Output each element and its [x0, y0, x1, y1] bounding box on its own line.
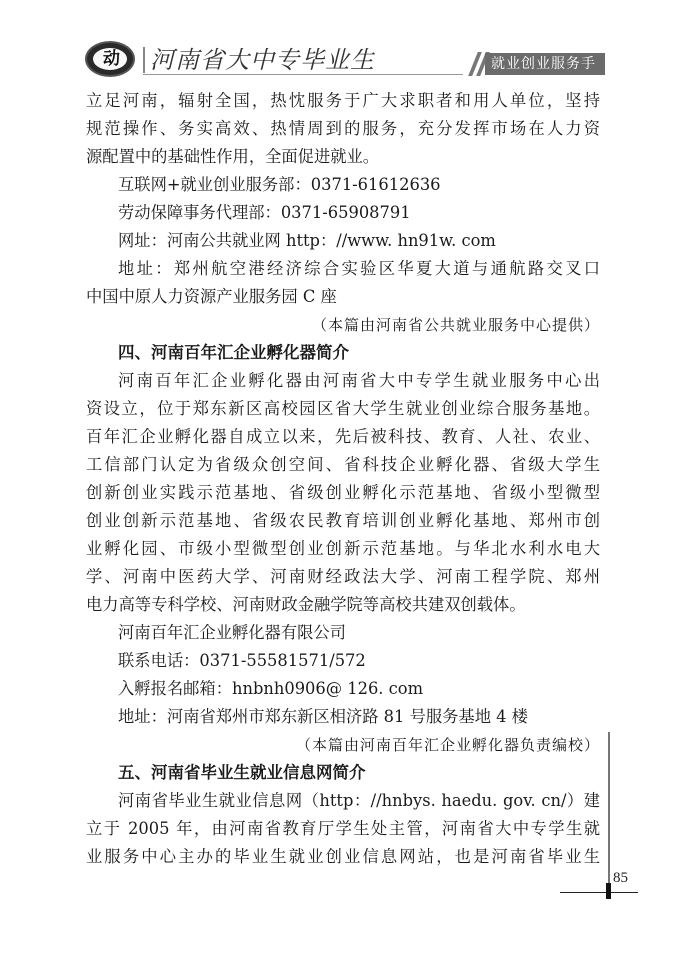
text-line: 联系电话：0371-55581571/572 — [86, 647, 600, 675]
text-line: 创业创新示范基地、省级农民教育培训创业孵化基地、郑州市创 — [86, 507, 600, 535]
logo-glyph: 动 — [103, 50, 120, 68]
text-line: 学、河南中医药大学、河南财经政法大学、河南工程学院、郑州 — [86, 563, 600, 591]
text-line: 业孵化园、市级小型微型创业创新示范基地。与华北水利水电大 — [86, 535, 600, 563]
page-marker-tab — [606, 883, 611, 899]
page-number: 85 — [613, 870, 628, 887]
text-line: 资设立，位于郑东新区高校园区省大学生就业创业综合服务基地。 — [86, 395, 600, 423]
margin-rule-vertical — [608, 732, 610, 894]
text-line: 中国中原人力资源产业服务园 C 座 — [86, 283, 600, 311]
emblem-logo-icon: 动 — [85, 41, 135, 77]
margin-rule-horizontal — [560, 892, 638, 893]
section-heading: 五、河南省毕业生就业信息网简介 — [86, 759, 600, 787]
text-line: 网址：河南公共就业网 http：//www. hn91w. com — [86, 227, 600, 255]
text-line: 河南百年汇企业孵化器由河南省大中专学生就业服务中心出 — [86, 367, 600, 395]
text-line: 立于 2005 年，由河南省教育厅学生处主管，河南省大中专学生就 — [86, 815, 600, 843]
attribution-note: （本篇由河南省公共就业服务中心提供） — [86, 311, 600, 339]
text-line: 河南百年汇企业孵化器有限公司 — [86, 619, 600, 647]
text-line: 河南省毕业生就业信息网（http：//hnbys. haedu. gov. cn… — [86, 787, 600, 815]
section-heading: 四、河南百年汇企业孵化器简介 — [86, 339, 600, 367]
text-line: 劳动保障事务代理部：0371-65908791 — [86, 199, 600, 227]
text-line: 立足河南，辐射全国，热忱服务于广大求职者和用人单位，坚持 — [86, 87, 600, 115]
text-line: 百年汇企业孵化器自成立以来，先后被科技、教育、人社、农业、 — [86, 423, 600, 451]
page-body: 立足河南，辐射全国，热忱服务于广大求职者和用人单位，坚持规范操作、务实高效、热情… — [86, 87, 600, 871]
text-line: 创新创业实践示范基地、省级创业孵化示范基地、省级小型微型 — [86, 479, 600, 507]
header-divider — [143, 47, 145, 73]
header-title: 河南省大中专毕业生 — [150, 44, 375, 76]
text-line: 地址：郑州航空港经济综合实验区华夏大道与通航路交叉口 — [86, 255, 600, 283]
text-line: 互联网+就业创业服务部：0371-61612636 — [86, 171, 600, 199]
text-line: 规范操作、务实高效、热情周到的服务，充分发挥市场在人力资 — [86, 115, 600, 143]
text-line: 地址：河南省郑州市郑东新区相济路 81 号服务基地 4 楼 — [86, 703, 600, 731]
text-line: 业服务中心主办的毕业生就业创业信息网站，也是河南省毕业生 — [86, 843, 600, 871]
header-badge: 就业创业服务手册 — [485, 53, 605, 75]
text-line: 源配置中的基础性作用，全面促进就业。 — [86, 143, 600, 171]
text-line: 电力高等专科学校、河南财政金融学院等高校共建双创载体。 — [86, 591, 600, 619]
text-line: 工信部门认定为省级众创空间、省科技企业孵化器、省级大学生 — [86, 451, 600, 479]
page-header: 动 河南省大中专毕业生 就业创业服务手册 — [0, 0, 679, 90]
attribution-note: （本篇由河南百年汇企业孵化器负责编校） — [86, 731, 600, 759]
header-rule — [143, 74, 463, 75]
text-line: 入孵报名邮箱：hnbnh0906@ 126. com — [86, 675, 600, 703]
